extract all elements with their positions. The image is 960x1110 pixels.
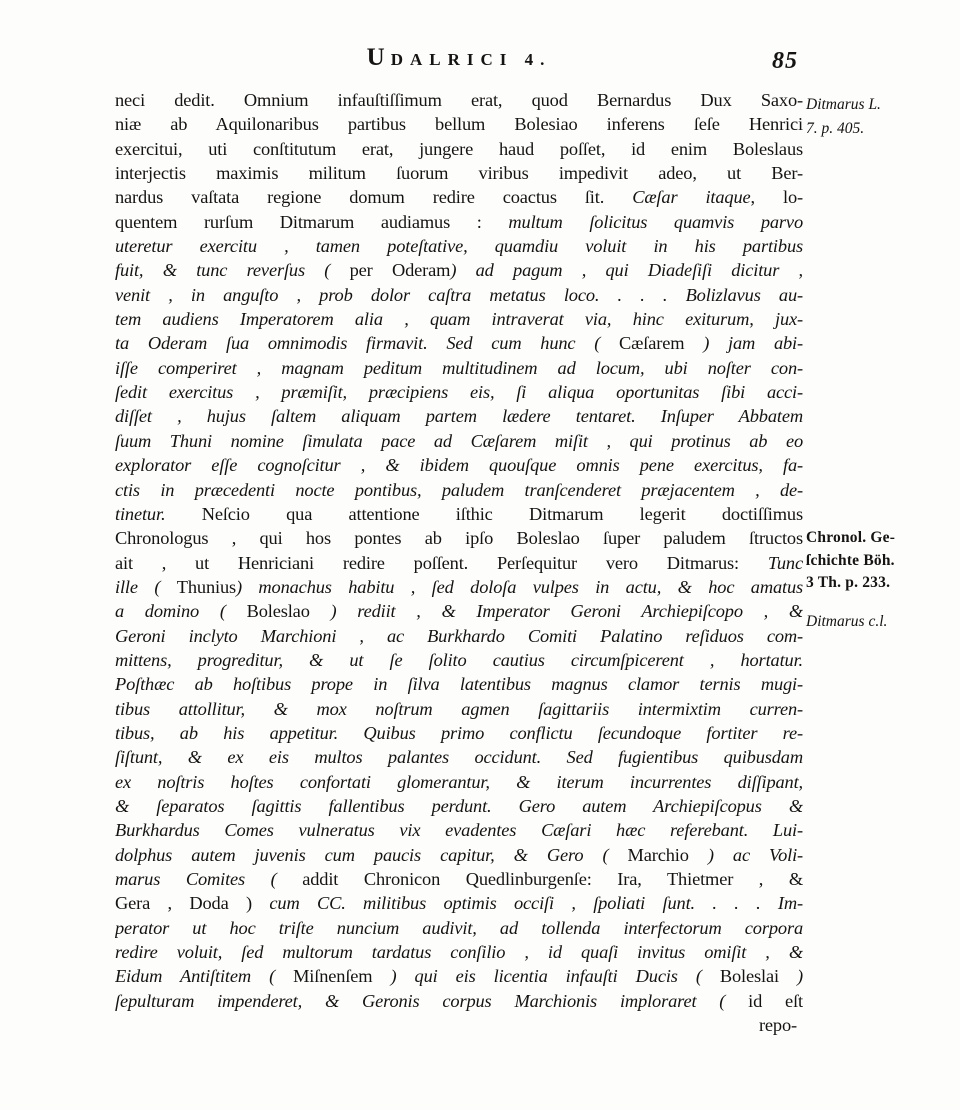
text-run-italic: ) ad pagum , qui Diadeſiſi dicitur , [450, 260, 803, 280]
text-run-roman: interjectis maximis militum ſuorum virib… [115, 163, 803, 183]
text-run-italic: ille ( [115, 577, 177, 597]
text-run-italic: cum CC. militibus optimis occiſi , ſpoli… [269, 893, 803, 913]
text-run-roman: , lo- [751, 187, 803, 207]
body-line: diſſet , hujus ſaltem aliquam partem læd… [115, 404, 803, 428]
page-number: 85 [772, 48, 798, 75]
body-line: uteretur exercitu , tamen poteſtative, q… [115, 234, 803, 258]
body-line: explorator eſſe cognoſcitur , & ibidem q… [115, 453, 803, 477]
body-line: niæ ab Aquilonaribus partibus bellum Bol… [115, 112, 803, 136]
margin-note-ditmarus-l7: Ditmarus L. 7. p. 405. [806, 93, 956, 140]
margin-note-line: ſchichte Böh. [806, 550, 956, 573]
body-line: marus Comites ( addit Chronicon Quedlinb… [115, 867, 803, 891]
text-run-italic: tinetur. [115, 504, 202, 524]
text-run-italic: ) ac Voli- [689, 845, 803, 865]
text-run-italic: ſedit exercitus , præmiſit, præcipiens e… [115, 382, 803, 402]
body-line: perator ut hoc triſte nuncium audivit, a… [115, 916, 803, 940]
text-run-italic: Tunc [768, 553, 803, 573]
text-run-italic: ) monachus habitu , ſed doloſa vulpes in… [236, 577, 803, 597]
margin-note-line: Ditmarus L. [806, 93, 956, 117]
text-run-roman: per Oderam [350, 260, 451, 280]
text-run-italic: redire voluit, ſed multorum tardatus con… [115, 942, 803, 962]
text-run-roman: Gera , Doda ) [115, 893, 269, 913]
text-run-italic: ) rediit , & Imperator Geroni Archiepiſc… [310, 601, 803, 621]
text-run-roman: id eſt [748, 991, 803, 1011]
text-run-italic: Cæſar itaque [632, 187, 750, 207]
catchword: repo- [115, 1013, 803, 1037]
body-line: ſuum Thuni nomine ſimulata pace ad Cæſar… [115, 429, 803, 453]
body-line: Poſthæc ab hoſtibus prope in ſilva laten… [115, 672, 803, 696]
body-line: tibus, ab his appetitur. Quibus primo co… [115, 721, 803, 745]
running-title-initial: U [367, 44, 391, 71]
text-run-italic: fuit, & tunc reverſus ( [115, 260, 350, 280]
body-line: Geroni inclyto Marchioni , ac Burkhardo … [115, 624, 803, 648]
text-run-italic: ex noſtris hoſtes confortati glomerantur… [115, 772, 803, 792]
body-line: dolphus autem juvenis cum paucis capitur… [115, 843, 803, 867]
text-run-roman: Miſnenſem [293, 966, 372, 986]
text-run-italic: marus Comites ( [115, 869, 302, 889]
text-run-roman: Boleslao [247, 601, 310, 621]
body-line: ſiſtunt, & ex eis multos palantes occidu… [115, 745, 803, 769]
body-line: Eidum Antiſtitem ( Miſnenſem ) qui eis l… [115, 964, 803, 988]
text-run-roman: quentem rurſum Ditmarum audiamus : [115, 212, 508, 232]
text-run-roman: niæ ab Aquilonaribus partibus bellum Bol… [115, 114, 803, 134]
body-line: ex noſtris hoſtes confortati glomerantur… [115, 770, 803, 794]
body-line: tem audiens Imperatorem alia , quam intr… [115, 307, 803, 331]
text-run-italic: dolphus autem juvenis cum paucis capitur… [115, 845, 628, 865]
body-line: exercitui, uti conſtitutum erat, jungere… [115, 137, 803, 161]
text-run-roman: repo- [759, 1015, 797, 1035]
body-line: quentem rurſum Ditmarum audiamus : multu… [115, 210, 803, 234]
text-run-roman: ait , ut Henriciani redire poſſent. Perſ… [115, 553, 768, 573]
text-run-italic: ta Oderam ſua omnimodis firmavit. Sed cu… [115, 333, 619, 353]
body-text: neci dedit. Omnium infauſtiſſimum erat, … [115, 88, 803, 1037]
margin-note-line: 3 Th. p. 233. [806, 572, 956, 595]
text-run-italic: & ſeparatos ſagittis fallentibus perdunt… [115, 796, 803, 816]
margin-note-line: Ditmarus c.l. [806, 610, 956, 634]
text-run-italic: ) [779, 966, 803, 986]
running-title-rest: DALRICI 4. [391, 50, 552, 69]
text-run-roman: Thunius [177, 577, 236, 597]
text-run-italic: explorator eſſe cognoſcitur , & ibidem q… [115, 455, 803, 475]
margin-note-line: Chronol. Ge- [806, 527, 956, 550]
body-line: interjectis maximis militum ſuorum virib… [115, 161, 803, 185]
text-run-roman: Boleslai [720, 966, 779, 986]
text-run-roman: neci dedit. Omnium infauſtiſſimum erat, … [115, 90, 803, 110]
text-run-italic: ſuum Thuni nomine ſimulata pace ad Cæſar… [115, 431, 803, 451]
text-run-italic: Eidum Antiſtitem ( [115, 966, 293, 986]
text-run-italic: tibus, ab his appetitur. Quibus primo co… [115, 723, 803, 743]
text-run-italic: tibus attollitur, & mox noſtrum agmen ſa… [115, 699, 803, 719]
body-line: ille ( Thunius) monachus habitu , ſed do… [115, 575, 803, 599]
text-run-italic: Geroni inclyto Marchioni , ac Burkhardo … [115, 626, 803, 646]
body-line: neci dedit. Omnium infauſtiſſimum erat, … [115, 88, 803, 112]
body-line: iſſe comperiret , magnam peditum multitu… [115, 356, 803, 380]
body-line: nardus vaſtata regione domum redire coac… [115, 185, 803, 209]
text-run-roman: Marchio [628, 845, 689, 865]
text-run-italic: ) jam abi- [684, 333, 803, 353]
text-run-roman: Cæſarem [619, 333, 684, 353]
body-line: venit , in anguſto , prob dolor caſtra m… [115, 283, 803, 307]
body-line: & ſeparatos ſagittis fallentibus perdunt… [115, 794, 803, 818]
body-line: ta Oderam ſua omnimodis firmavit. Sed cu… [115, 331, 803, 355]
text-run-italic: ſepulturam impenderet, & Geronis corpus … [115, 991, 748, 1011]
body-line: fuit, & tunc reverſus ( per Oderam) ad p… [115, 258, 803, 282]
text-run-italic: ctis in præcedenti nocte pontibus, palud… [115, 480, 803, 500]
margin-note-line: 7. p. 405. [806, 117, 956, 141]
text-run-italic: Poſthæc ab hoſtibus prope in ſilva laten… [115, 674, 803, 694]
text-run-italic: uteretur exercitu , tamen poteſtative, q… [115, 236, 803, 256]
margin-note-chronol-geschichte: Chronol. Ge- ſchichte Böh. 3 Th. p. 233. [806, 527, 956, 595]
text-run-italic: iſſe comperiret , magnam peditum multitu… [115, 358, 803, 378]
body-line: Chronologus , qui hos pontes ab ipſo Bol… [115, 526, 803, 550]
body-line: ait , ut Henriciani redire poſſent. Perſ… [115, 551, 803, 575]
text-run-roman: addit Chronicon Quedlinburgenſe: Ira, Th… [302, 869, 803, 889]
text-run-italic: tem audiens Imperatorem alia , quam intr… [115, 309, 803, 329]
text-run-italic: Burkhardus Comes vulneratus vix evadente… [115, 820, 803, 840]
body-line: ſepulturam impenderet, & Geronis corpus … [115, 989, 803, 1013]
text-run-italic: ) qui eis licentia infauſti Ducis ( [372, 966, 719, 986]
text-run-roman: Neſcio qua attentione iſthic Ditmarum le… [202, 504, 803, 524]
text-run-italic: multum ſolicitus quamvis parvo [508, 212, 803, 232]
body-line: Burkhardus Comes vulneratus vix evadente… [115, 818, 803, 842]
body-line: tibus attollitur, & mox noſtrum agmen ſa… [115, 697, 803, 721]
text-run-italic: mittens, progreditur, & ut ſe ſolito cau… [115, 650, 803, 670]
body-line: mittens, progreditur, & ut ſe ſolito cau… [115, 648, 803, 672]
body-line: Gera , Doda ) cum CC. militibus optimis … [115, 891, 803, 915]
body-line: tinetur. Neſcio qua attentione iſthic Di… [115, 502, 803, 526]
running-title: UDALRICI 4. [115, 44, 803, 72]
body-line: ſedit exercitus , præmiſit, præcipiens e… [115, 380, 803, 404]
text-run-italic: diſſet , hujus ſaltem aliquam partem læd… [115, 406, 803, 426]
text-run-roman: nardus vaſtata regione domum redire coac… [115, 187, 632, 207]
body-line: redire voluit, ſed multorum tardatus con… [115, 940, 803, 964]
text-run-roman: Chronologus , qui hos pontes ab ipſo Bol… [115, 528, 803, 548]
text-run-italic: perator ut hoc triſte nuncium audivit, a… [115, 918, 803, 938]
body-line: ctis in præcedenti nocte pontibus, palud… [115, 478, 803, 502]
book-page: UDALRICI 4. 85 Ditmarus L. 7. p. 405. Ch… [0, 0, 960, 1110]
text-run-italic: a domino ( [115, 601, 247, 621]
text-run-italic: venit , in anguſto , prob dolor caſtra m… [115, 285, 803, 305]
text-run-italic: ſiſtunt, & ex eis multos palantes occidu… [115, 747, 803, 767]
margin-note-ditmarus-cl: Ditmarus c.l. [806, 610, 956, 634]
body-line: a domino ( Boleslao ) rediit , & Imperat… [115, 599, 803, 623]
text-run-roman: exercitui, uti conſtitutum erat, jungere… [115, 139, 803, 159]
